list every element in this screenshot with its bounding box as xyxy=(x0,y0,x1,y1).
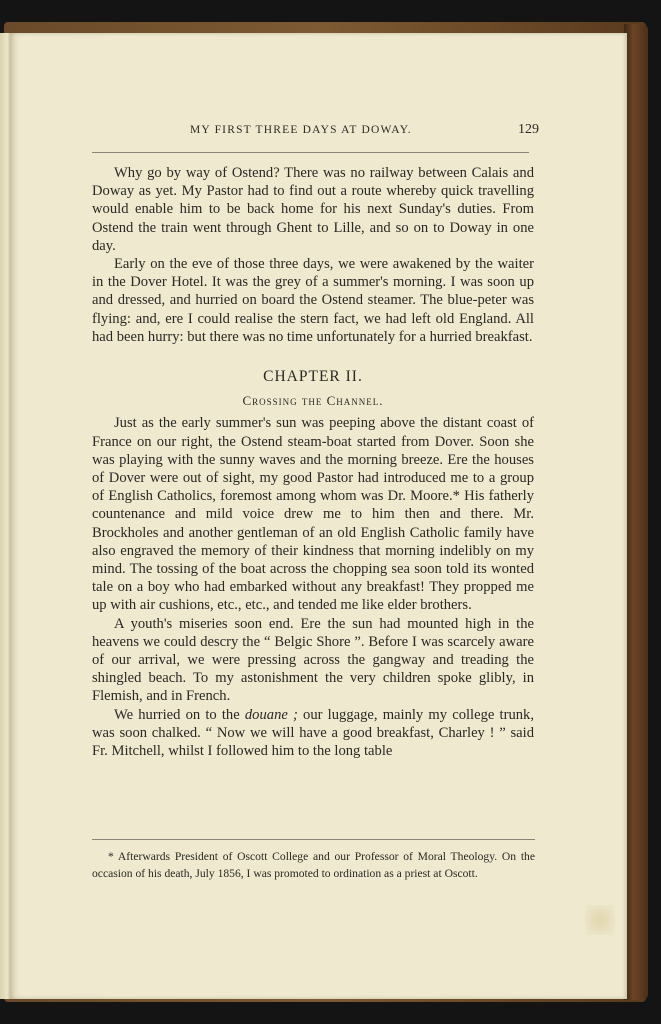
footnote-text: * Afterwards President of Oscott College… xyxy=(92,849,535,882)
page-number: 129 xyxy=(518,122,539,138)
paragraph-text: We hurried on to the xyxy=(114,707,245,723)
paragraph: We hurried on to the douane ; our luggag… xyxy=(92,706,534,761)
running-head: MY FIRST THREE DAYS AT DOWAY. 129 xyxy=(110,124,545,140)
header-rule xyxy=(92,152,529,153)
paragraph: A youth's miseries soon end. Ere the sun… xyxy=(92,615,534,706)
italic-term: douane ; xyxy=(245,707,298,723)
chapter-subtitle: Crossing the Channel. xyxy=(92,392,534,410)
body-text: Why go by way of Ostend? There was no ra… xyxy=(92,164,534,760)
book-spine-edge xyxy=(624,24,648,1000)
paragraph: Why go by way of Ostend? There was no ra… xyxy=(92,164,534,255)
paragraph: Early on the eve of those three days, we… xyxy=(92,255,534,346)
paragraph: Just as the early summer's sun was peepi… xyxy=(92,414,534,614)
running-title: MY FIRST THREE DAYS AT DOWAY. xyxy=(190,124,412,136)
footnote-rule xyxy=(92,839,535,840)
paper-stain xyxy=(585,905,615,935)
footnote: * Afterwards President of Oscott College… xyxy=(92,849,535,882)
chapter-title: CHAPTER II. xyxy=(92,368,534,386)
